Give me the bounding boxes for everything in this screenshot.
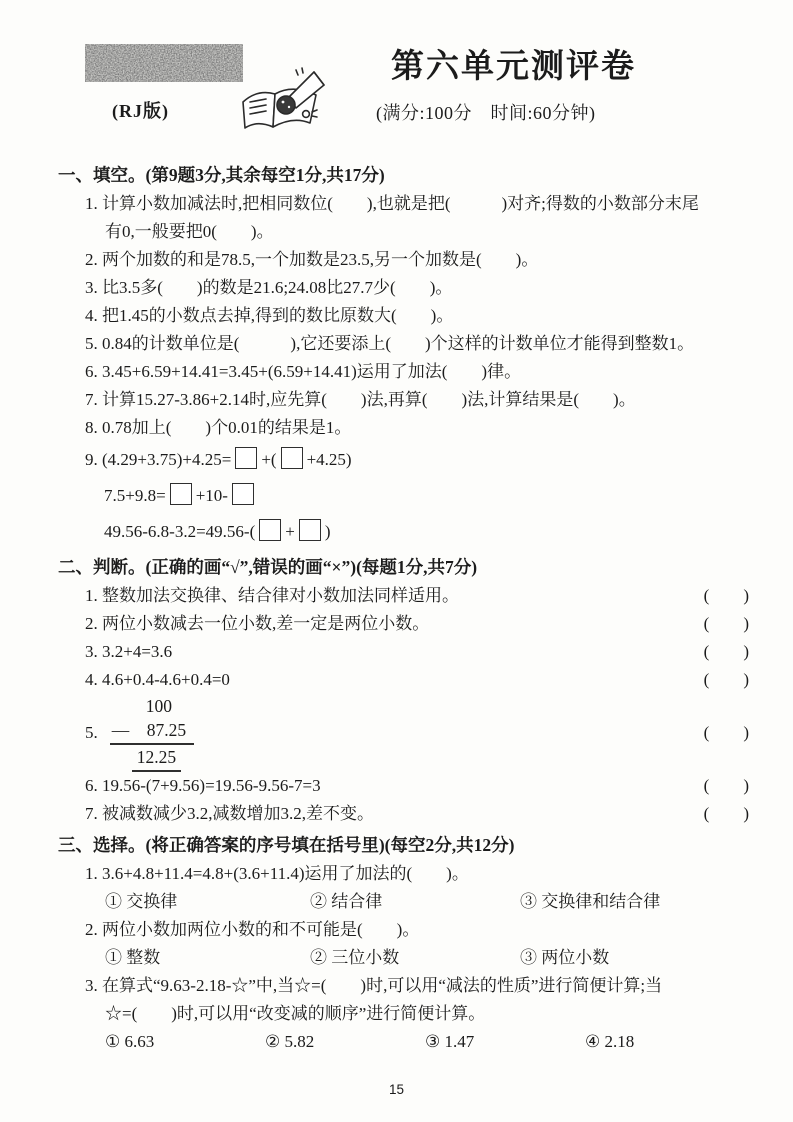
question-row: 3. 在算式“9.63-2.18-☆”中,当☆=( )时,可以用“减法的性质”进… [58, 972, 749, 1000]
option-row: ① 6.63 ② 5.82 ③ 1.47 ④ 2.18 [58, 1028, 749, 1056]
answer-box [235, 447, 257, 469]
judge-row: 6. 19.56-(7+9.56)=19.56-9.56-7=3 ( ) [58, 772, 749, 800]
section-fill-in-heading: 一、填空。(第9题3分,其余每空1分,共17分) [58, 160, 749, 190]
judge-text: 4. 4.6+0.4-4.6+0.4=0 [58, 666, 230, 694]
page-number: 15 [0, 1082, 793, 1097]
answer-box [299, 519, 321, 541]
section-choice-heading: 三、选择。(将正确答案的序号填在括号里)(每空2分,共12分) [58, 830, 749, 860]
answer-bracket: ( ) [704, 800, 749, 828]
section-judge-heading: 二、判断。(正确的画“√”,错误的画“×”)(每题1分,共7分) [58, 552, 749, 582]
question-row: 8. 0.78加上( )个0.01的结果是1。 [58, 414, 749, 442]
question-row: 6. 3.45+6.59+14.41=3.45+(6.59+14.41)运用了加… [58, 358, 749, 386]
answer-box [170, 483, 192, 505]
subtrahend-line: — 87.25 [110, 718, 194, 745]
option: ① 整数 [105, 944, 310, 972]
vertical-subtraction: 100 — 87.25 12.25 [110, 694, 194, 772]
option: ③ 交换律和结合律 [520, 888, 660, 916]
option: ③ 1.47 [425, 1028, 585, 1056]
judge-text: 6. 19.56-(7+9.56)=19.56-9.56-7=3 [58, 772, 321, 800]
equation-text: 49.56-6.8-3.2=49.56-( [104, 522, 255, 541]
question-row-equation: 7.5+9.8=+10- [58, 478, 749, 514]
judge-row: 1. 整数加法交换律、结合律对小数加法同样适用。 ( ) [58, 582, 749, 610]
answer-bracket: ( ) [704, 721, 749, 745]
question-row-cont: 有0,一般要把0( )。 [58, 218, 749, 246]
equation-text: + [285, 522, 295, 541]
option: ③ 两位小数 [520, 944, 609, 972]
answer-bracket: ( ) [704, 638, 749, 666]
section-note: (正确的画“√”,错误的画“×”)(每题1分,共7分) [146, 557, 478, 577]
question-row: 2. 两个加数的和是78.5,一个加数是23.5,另一个加数是( )。 [58, 246, 749, 274]
section-note: (将正确答案的序号填在括号里)(每空2分,共12分) [146, 835, 515, 855]
option: ① 交换律 [105, 888, 310, 916]
question-row-cont: ☆=( )时,可以用“改变减的顺序”进行简便计算。 [58, 1000, 749, 1028]
judge-text: 3. 3.2+4=3.6 [58, 638, 172, 666]
difference-line: 12.25 [110, 745, 194, 772]
book-telescope-illustration [236, 66, 332, 138]
answer-bracket: ( ) [704, 666, 749, 694]
question-row-equation: 9. (4.29+3.75)+4.25=+(+4.25) [58, 442, 749, 478]
answer-box [259, 519, 281, 541]
equation-text: +10- [196, 486, 228, 505]
option: ② 结合律 [310, 888, 520, 916]
exam-body: 一、填空。(第9题3分,其余每空1分,共17分) 1. 计算小数加减法时,把相同… [58, 158, 749, 1056]
section-title: 三、选择。 [58, 835, 146, 855]
minuend: 100 [110, 694, 194, 718]
section-note: (第9题3分,其余每空1分,共17分) [146, 165, 385, 185]
page-title: 第六单元测评卷 [391, 40, 636, 87]
answer-bracket: ( ) [704, 610, 749, 638]
option-row: ① 交换律 ② 结合律 ③ 交换律和结合律 [58, 888, 749, 916]
question-row: 7. 计算15.27-3.86+2.14时,应先算( )法,再算( )法,计算结… [58, 386, 749, 414]
difference: 12.25 [132, 745, 181, 772]
option-row: ① 整数 ② 三位小数 ③ 两位小数 [58, 944, 749, 972]
equation-text: 9. (4.29+3.75)+4.25= [85, 450, 231, 469]
judge-text: 1. 整数加法交换律、结合律对小数加法同样适用。 [58, 582, 459, 610]
equation-text: ) [325, 522, 331, 541]
option: ① 6.63 [105, 1028, 265, 1056]
option: ② 5.82 [265, 1028, 425, 1056]
answer-box [232, 483, 254, 505]
answer-box [281, 447, 303, 469]
question-row: 1. 计算小数加减法时,把相同数位( ),也就是把( )对齐;得数的小数部分末尾 [58, 190, 749, 218]
question-row: 2. 两位小数加两位小数的和不可能是( )。 [58, 916, 749, 944]
question-number: 5. [85, 721, 98, 745]
judge-text: 2. 两位小数减去一位小数,差一定是两位小数。 [58, 610, 429, 638]
section-title: 一、填空。 [58, 165, 146, 185]
answer-bracket: ( ) [704, 582, 749, 610]
edition-label: (RJ版) [112, 97, 169, 123]
judge-text: 5. 100 — 87.25 12.25 [58, 694, 194, 772]
question-row: 4. 把1.45的小数点去掉,得到的数比原数大( )。 [58, 302, 749, 330]
exam-meta: (满分:100分 时间:60分钟) [376, 99, 596, 125]
judge-row: 5. 100 — 87.25 12.25 ( ) [58, 694, 749, 772]
option: ② 三位小数 [310, 944, 520, 972]
judge-text: 7. 被减数减少3.2,减数增加3.2,差不变。 [58, 800, 374, 828]
section-title: 二、判断。 [58, 557, 146, 577]
judge-row: 2. 两位小数减去一位小数,差一定是两位小数。 ( ) [58, 610, 749, 638]
judge-row: 4. 4.6+0.4-4.6+0.4=0 ( ) [58, 666, 749, 694]
question-row: 3. 比3.5多( )的数是21.6;24.08比27.7少( )。 [58, 274, 749, 302]
question-row: 5. 0.84的计数单位是( ),它还要添上( )个这样的计数单位才能得到整数1… [58, 330, 749, 358]
scan-smudge-artifact [85, 44, 243, 82]
option: ④ 2.18 [585, 1028, 634, 1056]
judge-row: 7. 被减数减少3.2,减数增加3.2,差不变。 ( ) [58, 800, 749, 828]
answer-bracket: ( ) [704, 772, 749, 800]
equation-text: +4.25) [307, 450, 352, 469]
question-row: 1. 3.6+4.8+11.4=4.8+(3.6+11.4)运用了加法的( )。 [58, 860, 749, 888]
equation-text: +( [261, 450, 276, 469]
equation-text: 7.5+9.8= [104, 486, 166, 505]
judge-row: 3. 3.2+4=3.6 ( ) [58, 638, 749, 666]
question-row-equation: 49.56-6.8-3.2=49.56-(+) [58, 514, 749, 550]
